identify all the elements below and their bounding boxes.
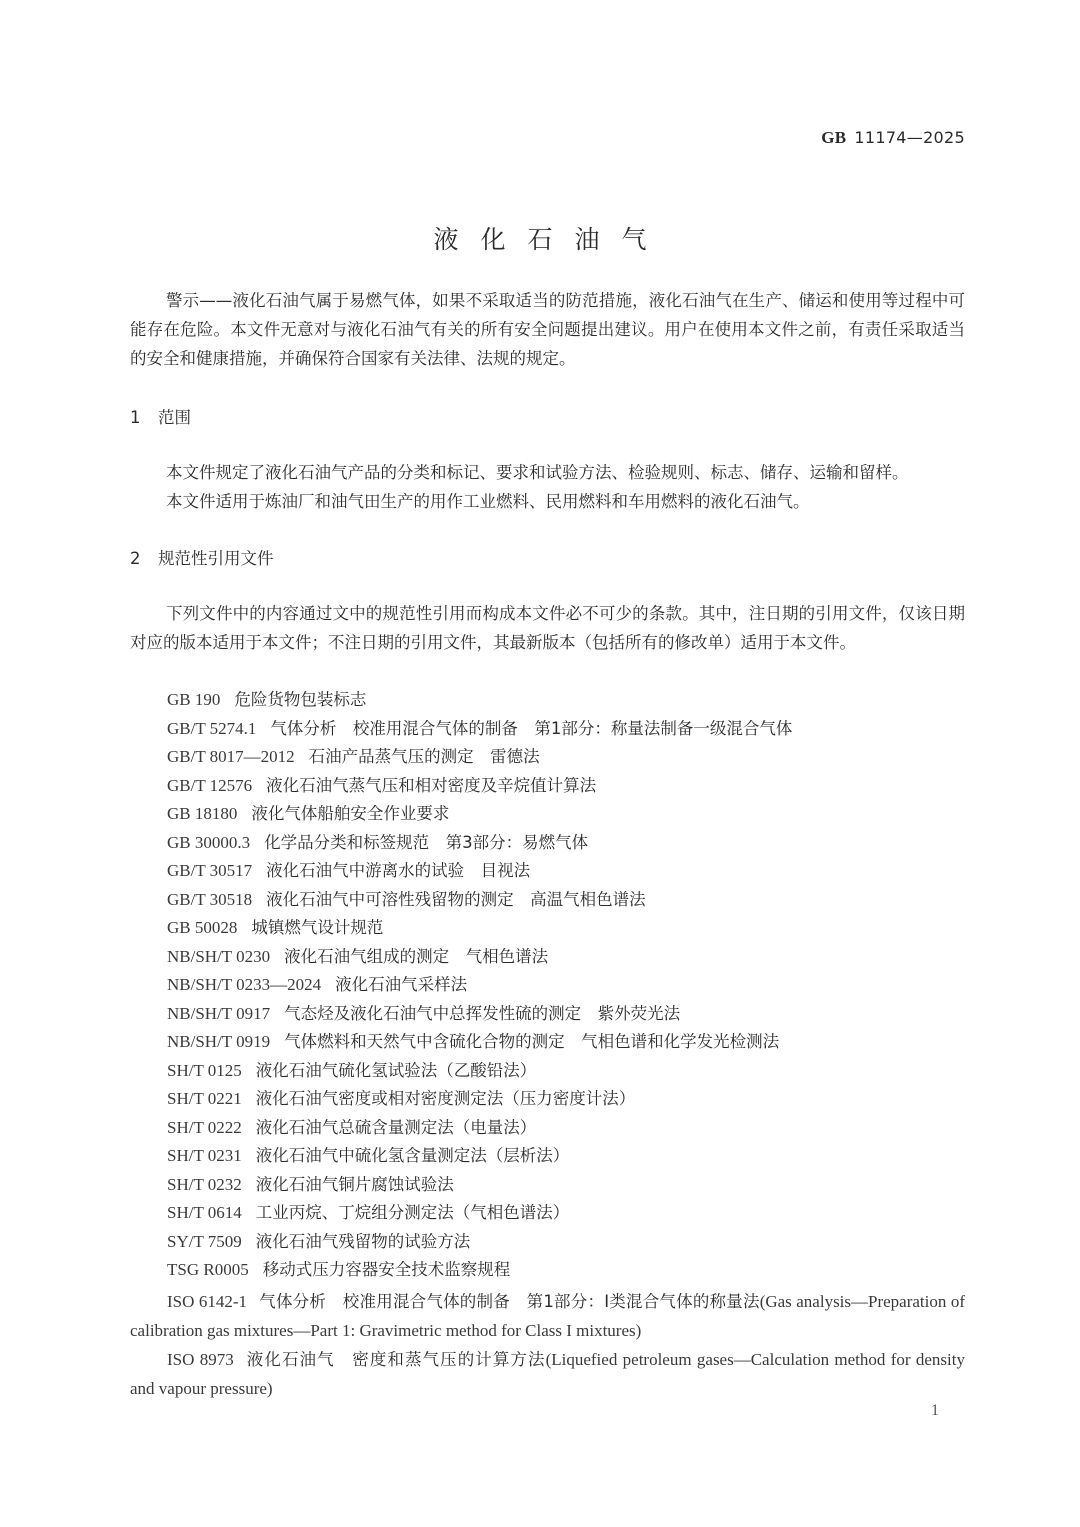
reference-code: GB 50028 <box>167 918 237 937</box>
reference-code: SH/T 0614 <box>167 1203 242 1222</box>
reference-code: NB/SH/T 0919 <box>167 1032 270 1051</box>
reference-code: ISO 6142-1 <box>167 1292 247 1311</box>
reference-title: 液化气体船舶安全作业要求 <box>251 804 449 823</box>
document-page: GB11174—2025 液化石油气 警示——液化石油气属于易燃气体，如果不采取… <box>0 0 1080 1527</box>
reference-title: 化学品分类和标签规范 第3部分：易燃气体 <box>264 833 588 852</box>
reference-title: 危险货物包装标志 <box>234 690 366 709</box>
reference-item: SH/T 0231液化石油气中硫化氢含量测定法（层析法） <box>167 1142 967 1171</box>
reference-code: GB/T 5274.1 <box>167 719 256 738</box>
reference-title: 气体燃料和天然气中含硫化合物的测定 气相色谱和化学发光检测法 <box>284 1032 779 1051</box>
reference-code: NB/SH/T 0917 <box>167 1004 270 1023</box>
page-number: 1 <box>931 1402 939 1420</box>
reference-item: GB/T 12576液化石油气蒸气压和相对密度及辛烷值计算法 <box>167 772 967 801</box>
references-intro: 下列文件中的内容通过文中的规范性引用而构成本文件必不可少的条款。其中，注日期的引… <box>130 599 965 657</box>
reference-code: SH/T 0231 <box>167 1146 242 1165</box>
reference-code: GB/T 30517 <box>167 861 252 880</box>
reference-code: GB/T 12576 <box>167 776 252 795</box>
reference-title: 液化石油气硫化氢试验法（乙酸铅法） <box>256 1061 537 1080</box>
reference-title: 液化石油气残留物的试验方法 <box>256 1232 471 1251</box>
reference-code: ISO 8973 <box>167 1350 234 1369</box>
reference-title: 液化石油气采样法 <box>335 975 467 994</box>
section-number: 1 <box>130 408 158 427</box>
reference-code: GB/T 8017—2012 <box>167 747 295 766</box>
reference-item: SH/T 0222液化石油气总硫含量测定法（电量法） <box>167 1114 967 1143</box>
reference-code: GB 30000.3 <box>167 833 250 852</box>
section-heading-references: 2规范性引用文件 <box>130 545 274 569</box>
section-heading-scope: 1范围 <box>130 404 191 428</box>
reference-title-cn: 气体分析 校准用混合气体的制备 第1部分：I类混合气体的称量法 <box>259 1292 760 1311</box>
reference-title: 液化石油气中游离水的试验 目视法 <box>266 861 530 880</box>
reference-code: SY/T 7509 <box>167 1232 242 1251</box>
reference-item: GB 190危险货物包装标志 <box>167 686 967 715</box>
reference-title: 液化石油气中硫化氢含量测定法（层析法） <box>256 1146 570 1165</box>
reference-code: SH/T 0232 <box>167 1175 242 1194</box>
reference-item: NB/SH/T 0919气体燃料和天然气中含硫化合物的测定 气相色谱和化学发光检… <box>167 1028 967 1057</box>
reference-list: GB 190危险货物包装标志 GB/T 5274.1气体分析 校准用混合气体的制… <box>167 686 967 1285</box>
reference-title: 液化石油气铜片腐蚀试验法 <box>256 1175 454 1194</box>
reference-title: 气态烃及液化石油气中总挥发性硫的测定 紫外荧光法 <box>284 1004 680 1023</box>
reference-code: SH/T 0221 <box>167 1089 242 1108</box>
reference-code: GB 190 <box>167 690 220 709</box>
reference-item: GB/T 5274.1气体分析 校准用混合气体的制备 第1部分：称量法制备一级混… <box>167 715 967 744</box>
reference-title: 液化石油气中可溶性残留物的测定 高温气相色谱法 <box>266 890 646 909</box>
reference-item: NB/SH/T 0917气态烃及液化石油气中总挥发性硫的测定 紫外荧光法 <box>167 1000 967 1029</box>
scope-paragraph-1: 本文件规定了液化石油气产品的分类和标记、要求和试验方法、检验规则、标志、储存、运… <box>130 458 965 487</box>
standard-prefix: GB <box>821 128 846 147</box>
reference-code: NB/SH/T 0233—2024 <box>167 975 321 994</box>
reference-code: TSG R0005 <box>167 1260 249 1279</box>
section-title: 范围 <box>158 408 191 427</box>
standard-number: 11174—2025 <box>854 128 965 147</box>
reference-item: NB/SH/T 0230液化石油气组成的测定 气相色谱法 <box>167 943 967 972</box>
warning-paragraph: 警示——液化石油气属于易燃气体，如果不采取适当的防范措施，液化石油气在生产、储运… <box>130 286 965 373</box>
reference-item: SH/T 0614工业丙烷、丁烷组分测定法（气相色谱法） <box>167 1199 967 1228</box>
reference-item: TSG R0005移动式压力容器安全技术监察规程 <box>167 1256 967 1285</box>
reference-code: GB 18180 <box>167 804 237 823</box>
section-number: 2 <box>130 549 158 568</box>
reference-code: SH/T 0125 <box>167 1061 242 1080</box>
reference-item: SH/T 0125液化石油气硫化氢试验法（乙酸铅法） <box>167 1057 967 1086</box>
reference-item: SH/T 0221液化石油气密度或相对密度测定法（压力密度计法） <box>167 1085 967 1114</box>
section-title: 规范性引用文件 <box>158 549 274 568</box>
reference-title: 移动式压力容器安全技术监察规程 <box>263 1260 511 1279</box>
reference-item: GB/T 30517液化石油气中游离水的试验 目视法 <box>167 857 967 886</box>
reference-title: 石油产品蒸气压的测定 雷德法 <box>309 747 540 766</box>
reference-code: SH/T 0222 <box>167 1118 242 1137</box>
reference-code: NB/SH/T 0230 <box>167 947 270 966</box>
reference-title: 城镇燃气设计规范 <box>251 918 383 937</box>
reference-item: GB 30000.3化学品分类和标签规范 第3部分：易燃气体 <box>167 829 967 858</box>
standard-code: GB11174—2025 <box>821 128 965 148</box>
reference-item: SY/T 7509液化石油气残留物的试验方法 <box>167 1228 967 1257</box>
reference-item: GB/T 8017—2012石油产品蒸气压的测定 雷德法 <box>167 743 967 772</box>
reference-code: GB/T 30518 <box>167 890 252 909</box>
reference-title: 液化石油气组成的测定 气相色谱法 <box>284 947 548 966</box>
reference-title: 液化石油气总硫含量测定法（电量法） <box>256 1118 537 1137</box>
reference-item: GB 18180液化气体船舶安全作业要求 <box>167 800 967 829</box>
iso-reference-item: ISO 8973液化石油气 密度和蒸气压的计算方法(Liquefied petr… <box>130 1345 965 1403</box>
reference-item: NB/SH/T 0233—2024液化石油气采样法 <box>167 971 967 1000</box>
reference-item: GB/T 30518液化石油气中可溶性残留物的测定 高温气相色谱法 <box>167 886 967 915</box>
reference-title-cn: 液化石油气 密度和蒸气压的计算方法 <box>246 1350 546 1369</box>
reference-title: 气体分析 校准用混合气体的制备 第1部分：称量法制备一级混合气体 <box>270 719 792 738</box>
iso-reference-item: ISO 6142-1气体分析 校准用混合气体的制备 第1部分：I类混合气体的称量… <box>130 1287 965 1345</box>
scope-paragraph-2: 本文件适用于炼油厂和油气田生产的用作工业燃料、民用燃料和车用燃料的液化石油气。 <box>130 487 965 516</box>
reference-item: GB 50028城镇燃气设计规范 <box>167 914 967 943</box>
reference-title: 液化石油气密度或相对密度测定法（压力密度计法） <box>256 1089 636 1108</box>
reference-title: 工业丙烷、丁烷组分测定法（气相色谱法） <box>256 1203 570 1222</box>
reference-title: 液化石油气蒸气压和相对密度及辛烷值计算法 <box>266 776 596 795</box>
reference-item: SH/T 0232液化石油气铜片腐蚀试验法 <box>167 1171 967 1200</box>
document-title: 液化石油气 <box>0 220 1080 256</box>
